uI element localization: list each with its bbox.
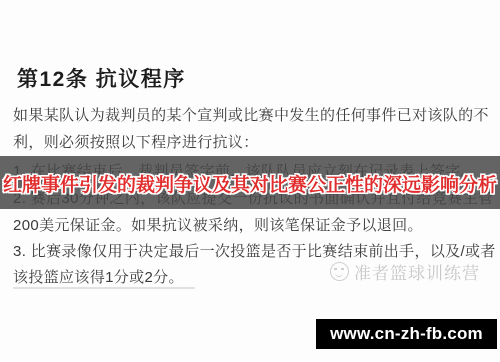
procedure-item-2-line-2: 200美元保证金。如果抗议被采纳，则该笔保证金予以退回。 [13,214,423,235]
procedure-item-3-line-1: 3. 比赛录像仅用于决定最后一次投篮是否于比赛结束前出手，以及/或者 [13,240,496,261]
rule-document-page: 第12条 抗议程序 如果某队认为裁判员的某个宣判或比赛中发生的任何事件已对该队的… [0,0,500,362]
procedure-item-3-line-2: 该投篮应该得1分或2分。 [13,266,184,287]
winking-smiley-icon [330,262,349,281]
watermark-label: 准者篮球训练营 [354,259,480,284]
website-url-text: www.cn-zh-fb.com [330,324,483,344]
intro-text-line-2: 利，则必须按照以下程序进行抗议： [13,131,259,152]
intro-text-line-1: 如果某队认为裁判员的某个宣判或比赛中发生的任何事件已对该队的不 [13,104,489,125]
website-url-badge: www.cn-zh-fb.com [316,319,497,349]
headline-text: 红牌事件引发的裁判争议及其对比赛公正性的深远影响分析 [0,170,500,197]
article-title: 第12条 抗议程序 [17,63,186,93]
divider-line [13,287,195,289]
watermark: 准者篮球训练营 [330,259,480,284]
